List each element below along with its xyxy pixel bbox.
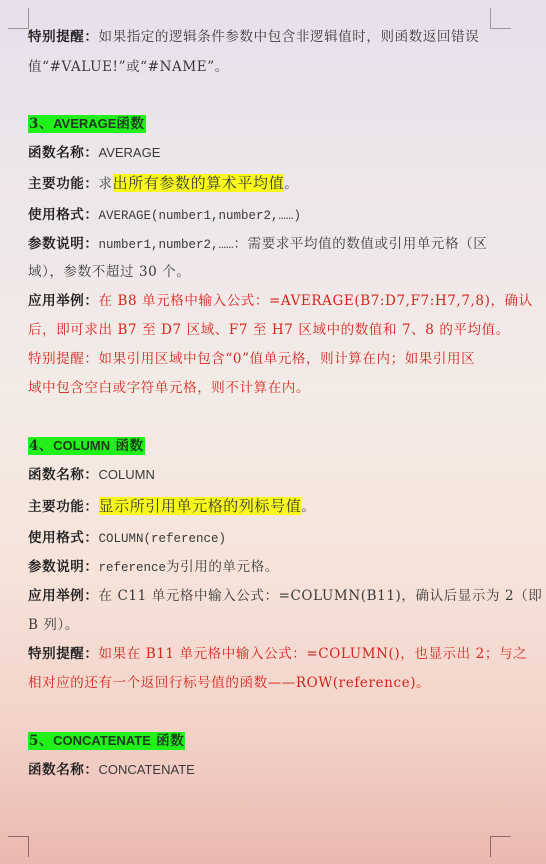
- highlighted-text: 出所有参数的算术平均值: [113, 174, 285, 192]
- field-label: 应用举例：: [28, 293, 99, 309]
- field-value: COLUMN(reference): [99, 532, 227, 546]
- field-label: 应用举例：: [28, 588, 99, 604]
- column-note-row-2: 相对应的还有一个返回行标号值的函数——ROW(reference)。: [28, 673, 430, 693]
- field-label: 主要功能：: [28, 499, 99, 515]
- field-label: 函数名称：: [28, 145, 99, 161]
- section-heading-average: 3、AVERAGE函数: [28, 114, 146, 134]
- field-label: 参数说明：: [28, 236, 99, 252]
- column-name-row: 函数名称：COLUMN: [28, 465, 155, 485]
- field-value: AVERAGE(number1,number2,……): [99, 209, 302, 223]
- field-label: 主要功能：: [28, 176, 99, 192]
- page-corner-mark-bottom-left: [8, 836, 29, 857]
- average-format-row: 使用格式：AVERAGE(number1,number2,……): [28, 205, 301, 226]
- column-example-row: 应用举例：在 C11 单元格中输入公式：=COLUMN(B11)，确认后显示为 …: [28, 586, 542, 606]
- heading-highlight: 5、CONCATENATE 函数: [28, 732, 185, 750]
- intro-note-line-1: 特别提醒：如果指定的逻辑条件参数中包含非逻辑值时，则函数返回错误: [28, 27, 479, 47]
- column-params-row: 参数说明：reference为引用的单元格。: [28, 557, 279, 578]
- field-label: 参数说明：: [28, 559, 99, 575]
- page-corner-mark-bottom-right: [490, 836, 511, 857]
- column-function-row: 主要功能：显示所引用单元格的列标号值。: [28, 496, 315, 517]
- highlighted-text: 显示所引用单元格的列标号值: [99, 497, 302, 515]
- field-label: 使用格式：: [28, 207, 99, 223]
- field-label: 特别提醒：: [28, 646, 99, 662]
- field-label: 函数名称：: [28, 762, 99, 778]
- field-value: CONCATENATE: [99, 762, 195, 777]
- average-name-row: 函数名称：AVERAGE: [28, 143, 160, 163]
- column-note-row: 特别提醒：如果在 B11 单元格中输入公式：=COLUMN()，也显示出 2；与…: [28, 644, 527, 664]
- heading-highlight: 4、COLUMN 函数: [28, 437, 145, 455]
- field-label: 函数名称：: [28, 467, 99, 483]
- average-example-row: 应用举例：在 B8 单元格中输入公式：=AVERAGE(B7:D7,F7:H7,…: [28, 291, 533, 311]
- average-params-row-2: 域），参数不超过 30 个。: [28, 262, 190, 282]
- average-note-row: 特别提醒：如果引用区域中包含“0”值单元格，则计算在内；如果引用区: [28, 349, 475, 369]
- intro-note-text: 如果指定的逻辑条件参数中包含非逻辑值时，则函数返回错误: [99, 29, 480, 45]
- heading-highlight: 3、AVERAGE函数: [28, 115, 146, 133]
- page-corner-mark-top-left: [8, 8, 29, 29]
- column-format-row: 使用格式：COLUMN(reference): [28, 528, 226, 549]
- concatenate-name-row: 函数名称：CONCATENATE: [28, 760, 195, 780]
- column-example-row-2: B 列）。: [28, 615, 79, 635]
- section-heading-column: 4、COLUMN 函数: [28, 436, 145, 456]
- field-value: COLUMN: [99, 467, 155, 482]
- intro-note-label: 特别提醒：: [28, 29, 99, 45]
- intro-note-line-2: 值“#VALUE!”或“#NAME”。: [28, 57, 229, 77]
- page-corner-mark-top-right: [490, 8, 511, 29]
- section-heading-concatenate: 5、CONCATENATE 函数: [28, 731, 185, 751]
- average-example-row-2: 后，即可求出 B7 至 D7 区域、F7 至 H7 区域中的数值和 7、8 的平…: [28, 320, 510, 340]
- average-note-row-2: 域中包含空白或字符单元格，则不计算在内。: [28, 378, 310, 398]
- field-label: 使用格式：: [28, 530, 99, 546]
- average-params-row: 参数说明：number1,number2,……：需要求平均值的数值或引用单元格（…: [28, 234, 487, 255]
- average-function-row: 主要功能：求出所有参数的算术平均值。: [28, 173, 298, 194]
- field-value: AVERAGE: [99, 145, 161, 160]
